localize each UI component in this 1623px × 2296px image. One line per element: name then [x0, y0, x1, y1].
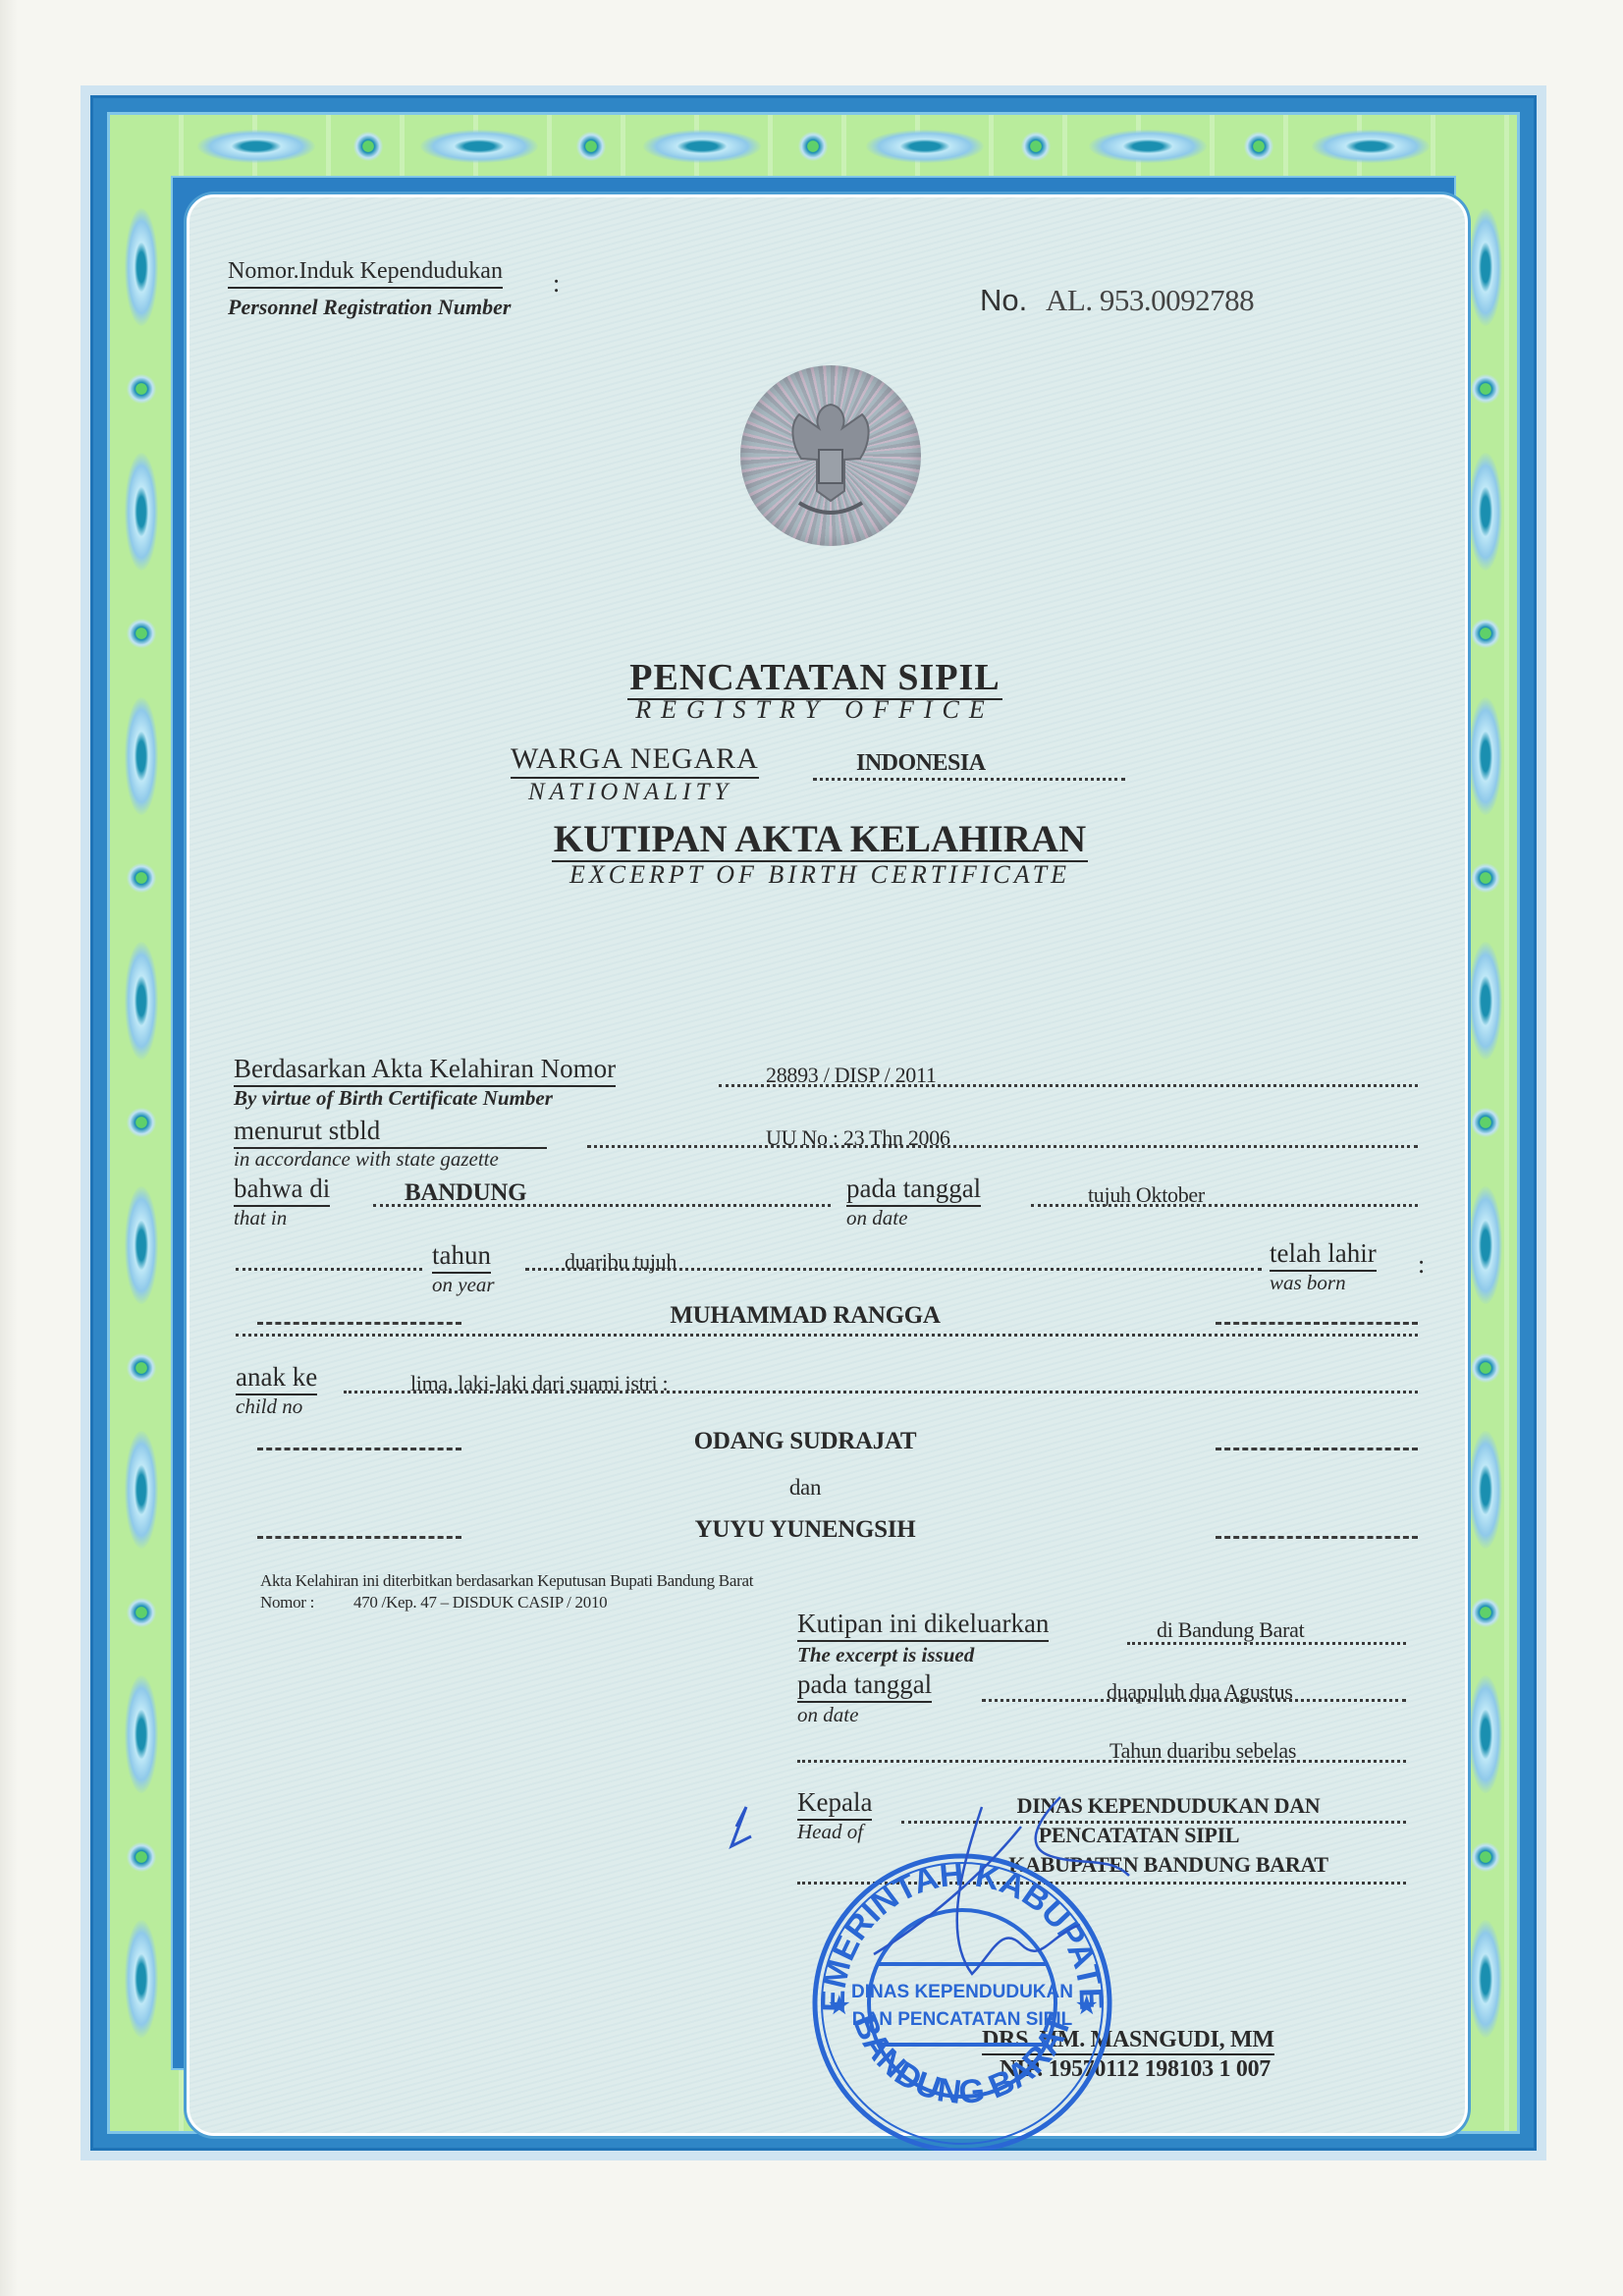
child-name-dash-left — [257, 1322, 461, 1325]
issued-label-en: The excerpt is issued — [797, 1643, 974, 1667]
nationality-label-en: NATIONALITY — [528, 779, 732, 806]
document-title: KUTIPAN AKTA KELAHIRAN — [501, 817, 1139, 861]
office-title-text: PENCATATAN SIPIL — [627, 657, 1001, 700]
issued-label: Kutipan ini dikeluarkan — [797, 1611, 1049, 1642]
birth-year-value: duaribu tujuh — [565, 1249, 676, 1275]
cert-number-dotline — [719, 1084, 1418, 1087]
gazette-dotline — [587, 1145, 1418, 1148]
border-ornaments-right — [1462, 184, 1509, 2062]
birthdate-dotline — [1031, 1204, 1418, 1207]
birthdate-label-en: on date — [846, 1206, 907, 1230]
year-dotline-left — [236, 1268, 422, 1271]
garuda-pancasila-emblem-icon — [740, 365, 921, 546]
issued-place: di Bandung Barat — [1157, 1617, 1304, 1643]
decree-number-value: 470 /Kep. 47 – DISDUK CASIP / 2010 — [353, 1593, 607, 1613]
decree-text: Akta Kelahiran ini diterbitkan berdasark… — [260, 1571, 753, 1591]
border-ornaments-left — [118, 184, 165, 2062]
birth-year-label-en: on year — [432, 1273, 495, 1297]
child-order-label: anak ke — [236, 1364, 317, 1395]
issued-date-label: pada tanggal — [797, 1671, 932, 1703]
document-title-en: EXCERPT OF BIRTH CERTIFICATE — [501, 860, 1139, 890]
issued-year-dotline — [797, 1760, 1406, 1763]
birthplace-value: BANDUNG — [405, 1179, 526, 1207]
year-dotline — [525, 1268, 1262, 1271]
mother-name: YUYU YUNENGSIH — [511, 1516, 1100, 1544]
mother-dash-left — [257, 1536, 461, 1539]
cert-number-label: Berdasarkan Akta Kelahiran Nomor — [234, 1056, 616, 1087]
nationality-label: WARGA NEGARA — [511, 744, 759, 779]
cert-number-label-en: By virtue of Birth Certificate Number — [234, 1086, 553, 1111]
signature-icon — [727, 1787, 1434, 2043]
serial-number: AL. 953.0092788 — [1046, 283, 1254, 318]
birthplace-dotline — [373, 1204, 831, 1207]
issued-date-dotline — [982, 1699, 1406, 1702]
born-label: telah lahir — [1270, 1240, 1377, 1272]
born-colon: : — [1418, 1250, 1425, 1280]
birthdate-label: pada tanggal — [846, 1175, 981, 1207]
serial-prefix: No. — [980, 283, 1027, 318]
child-order-dotline — [344, 1391, 1418, 1394]
decree-number-label: Nomor : — [260, 1593, 314, 1613]
issued-place-dotline — [1127, 1642, 1406, 1645]
father-dash-left — [257, 1448, 461, 1450]
birth-year-label: tahun — [432, 1242, 491, 1274]
mother-dash-right — [1216, 1536, 1418, 1539]
nationality-dotline — [813, 778, 1125, 781]
issued-date-label-en: on date — [797, 1703, 858, 1727]
father-name: ODANG SUDRAJAT — [511, 1428, 1100, 1455]
father-dash-right — [1216, 1448, 1418, 1450]
nik-label-en: Personnel Registration Number — [228, 295, 511, 320]
office-title: PENCATATAN SIPIL — [550, 656, 1080, 699]
border-ornaments-top — [179, 123, 1448, 170]
birthplace-label: bahwa di — [234, 1175, 330, 1207]
office-title-en: REGISTRY OFFICE — [550, 695, 1080, 725]
document-title-text: KUTIPAN AKTA KELAHIRAN — [552, 818, 1088, 862]
parents-conjunction: dan — [511, 1475, 1100, 1501]
nik-label: Nomor.Induk Kependudukan — [228, 259, 503, 289]
birthplace-label-en: that in — [234, 1206, 287, 1230]
gazette-label: menurut stbld — [234, 1118, 547, 1149]
nik-colon: : — [553, 269, 560, 299]
nationality-value: INDONESIA — [856, 750, 986, 777]
gazette-label-en: in accordance with state gazette — [234, 1147, 499, 1172]
child-name: MUHAMMAD RANGGA — [511, 1302, 1100, 1330]
child-name-dash-right — [1216, 1322, 1418, 1325]
child-name-dotline — [236, 1334, 1418, 1337]
child-order-label-en: child no — [236, 1394, 302, 1419]
born-label-en: was born — [1270, 1271, 1346, 1295]
